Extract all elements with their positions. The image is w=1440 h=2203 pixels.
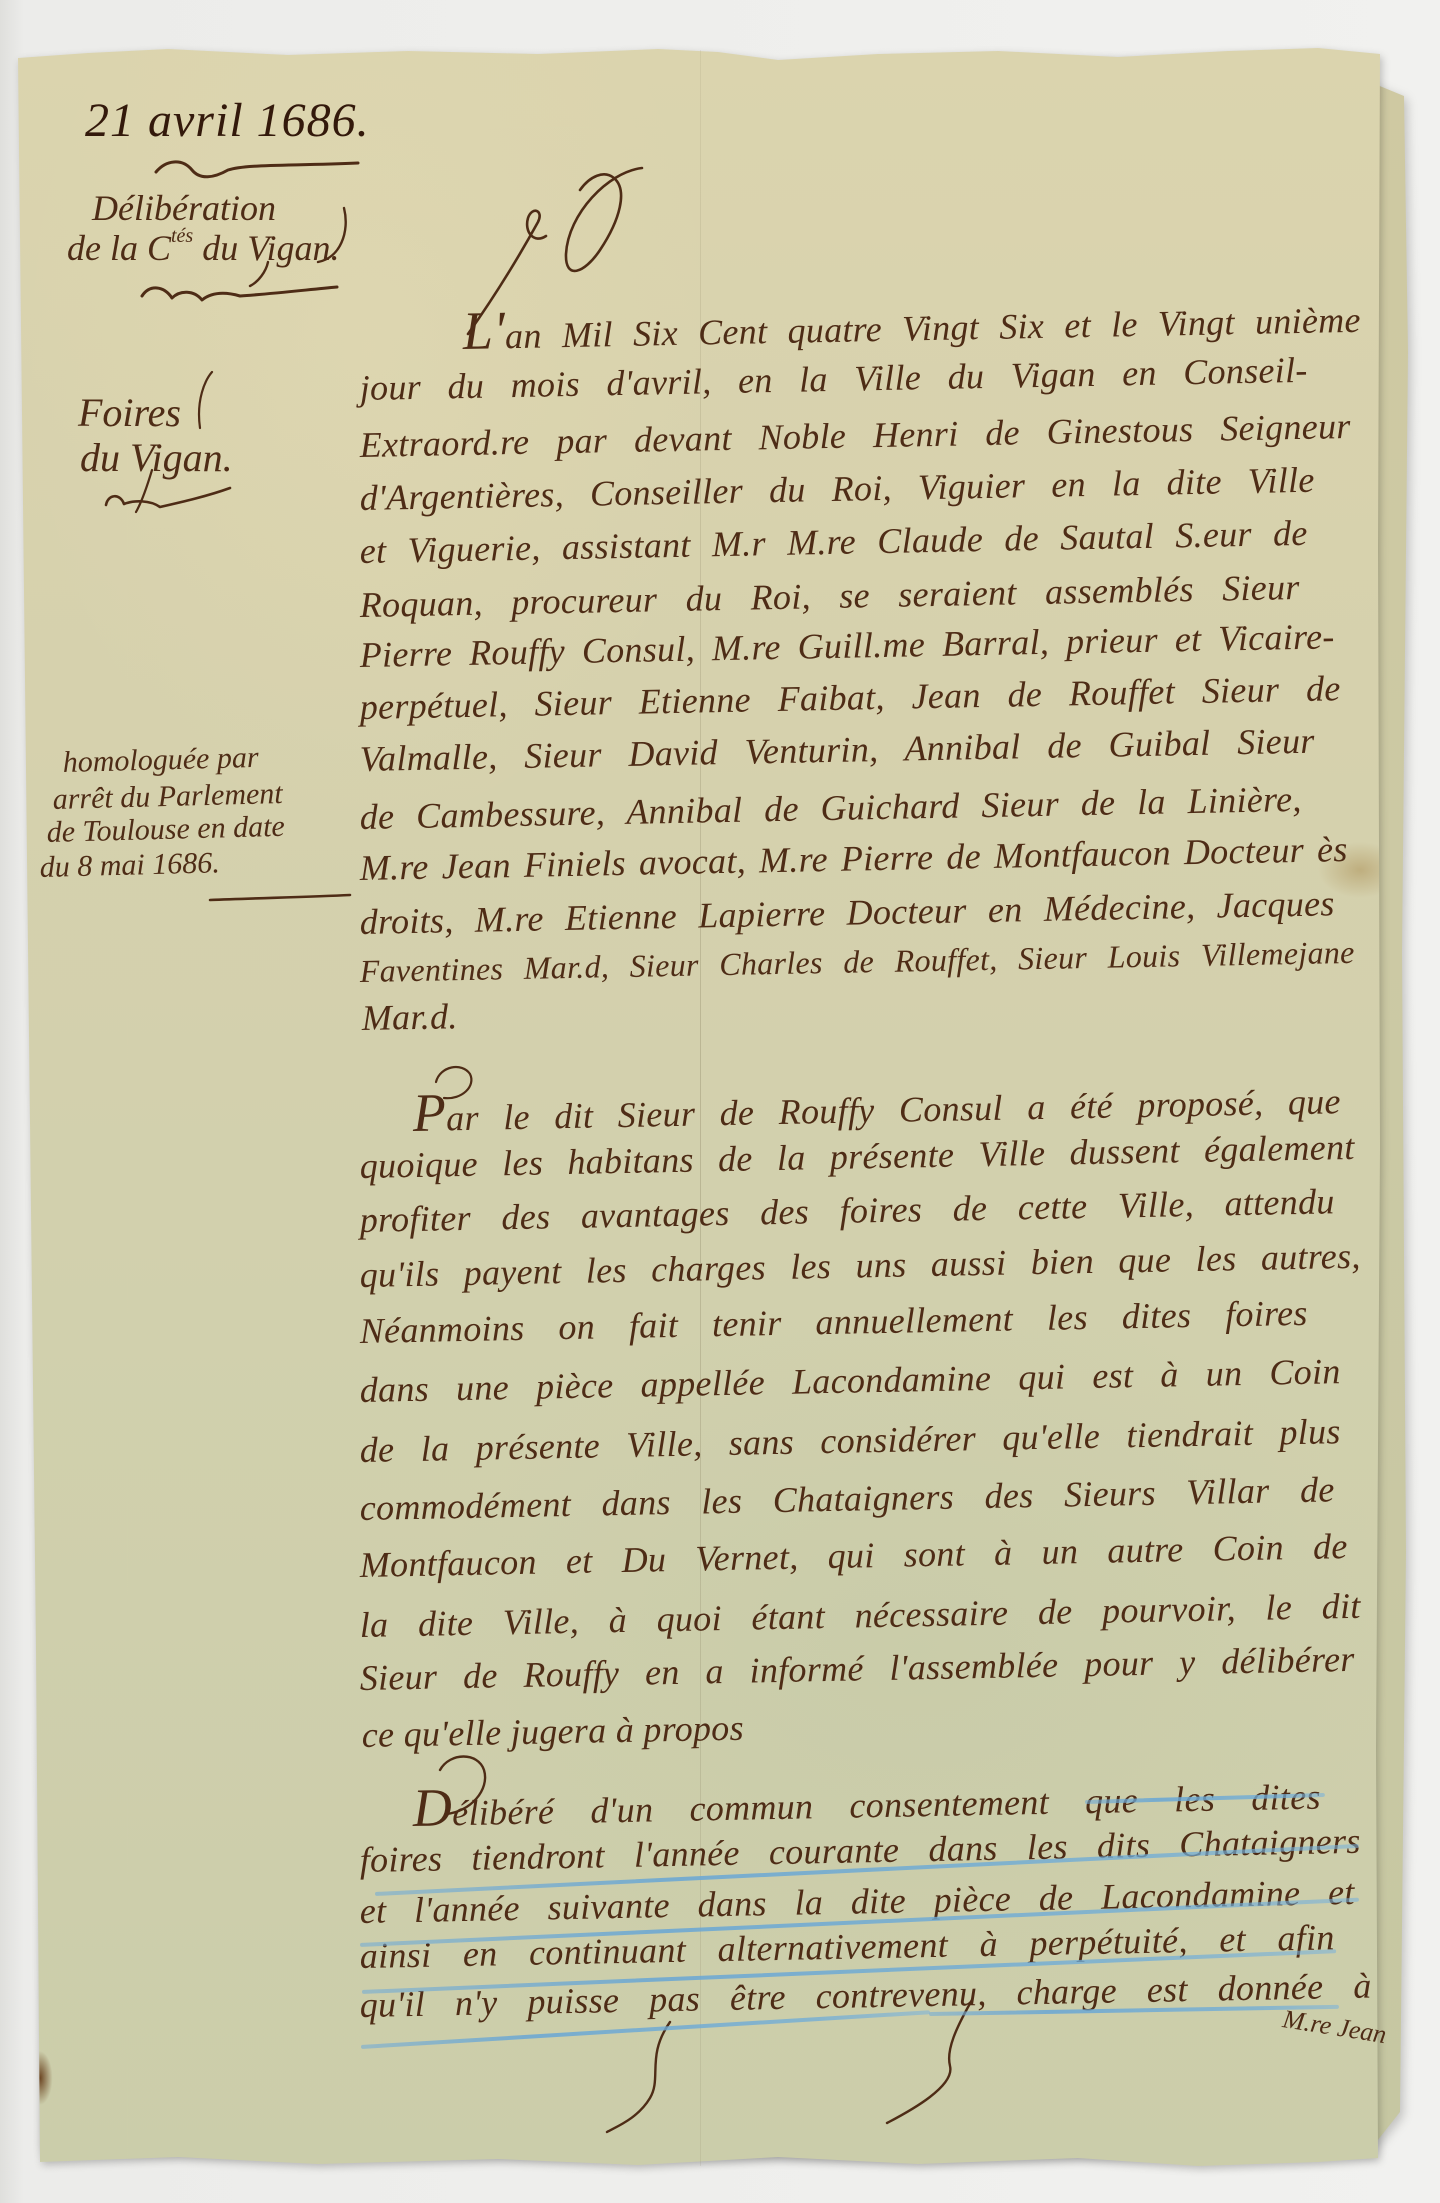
margin-title-line2: de la Ctés du Vigan.: [67, 230, 340, 266]
initial-flourish-loop: [566, 168, 642, 271]
scanned-document: 21 avril 1686. Délibération de la Ctés d…: [0, 0, 1440, 2203]
bottom-flourish-left: [607, 2022, 670, 2132]
margin-subject-line1: Foires: [78, 393, 181, 433]
margin-date: 21 avril 1686.: [85, 97, 370, 145]
margin-homologation-line: arrêt du Parlement: [52, 779, 283, 815]
margin-homologation-line: de Toulouse en date: [46, 812, 285, 848]
title-underline-squiggle: [142, 287, 337, 300]
margin-title-superscript: tés: [171, 225, 193, 247]
date-underline-squiggle: [156, 162, 358, 177]
bottom-flourish-right: [887, 2000, 972, 2123]
body-line: Mar.d.: [361, 998, 457, 1036]
subject-underline-squiggle: [106, 488, 230, 507]
margin-homologation-line: homologuée par: [62, 743, 259, 778]
margin-title-prefix: de la C: [67, 228, 171, 268]
margin-title-line1: Délibération: [92, 190, 276, 226]
margin-title-suffix: du Vigan.: [193, 228, 339, 268]
body-line: ce qu'elle jugera à propos: [361, 1710, 744, 1753]
homologation-underline: [210, 895, 350, 900]
margin-homologation-line: du 8 mai 1686.: [39, 848, 220, 883]
margin-subject-line2: du Vigan.: [80, 438, 233, 478]
